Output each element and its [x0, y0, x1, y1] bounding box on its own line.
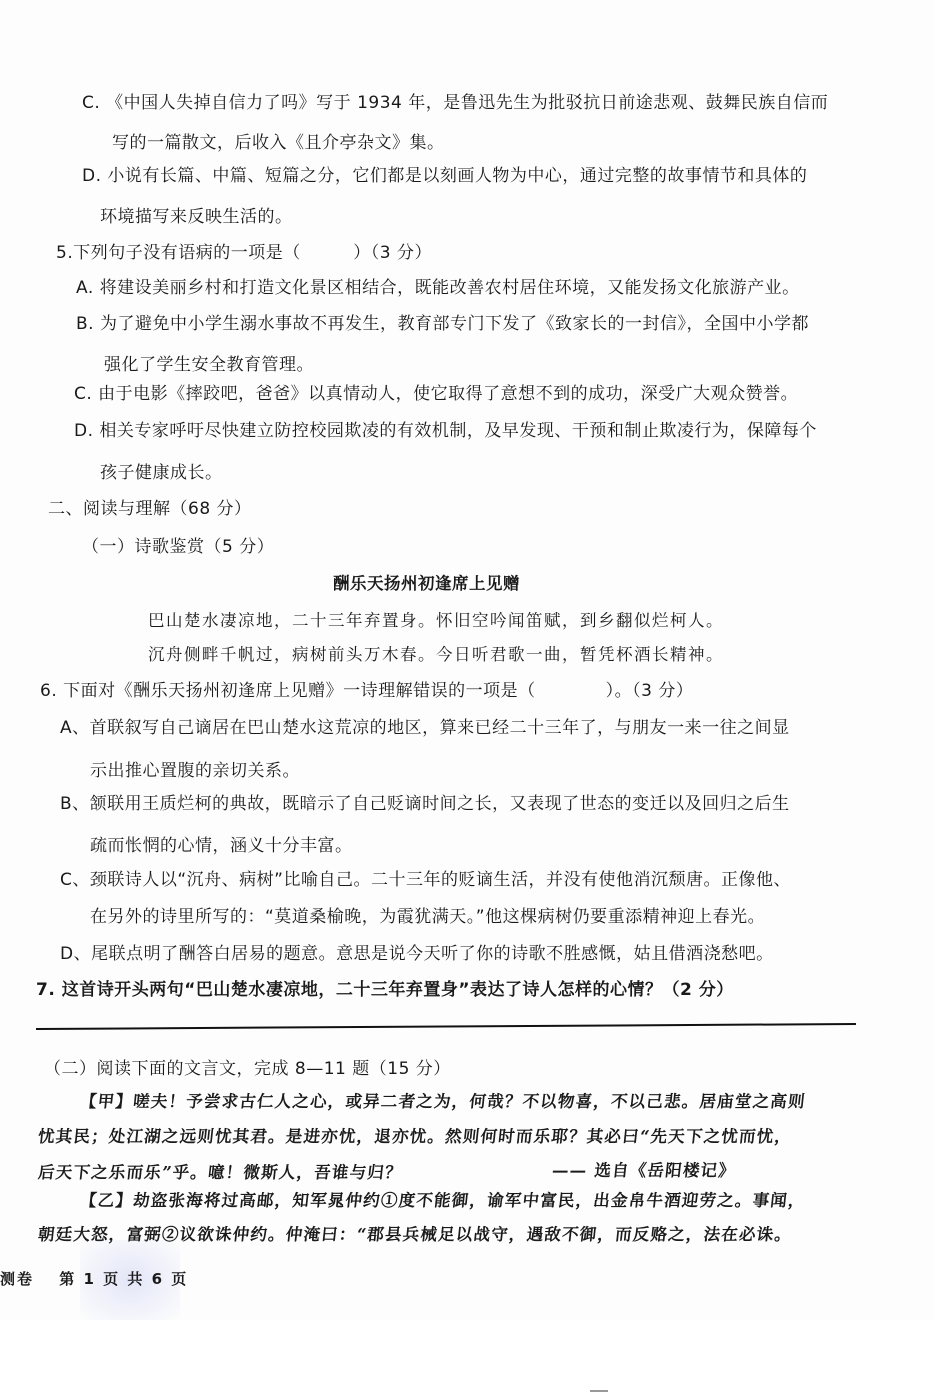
q7-answer-line[interactable] [36, 1023, 856, 1030]
q7-stem: 7. 这首诗开头两句“巴山楚水凄凉地，二十三年弃置身”表达了诗人怎样的心情？（2… [36, 979, 734, 1001]
q4-option-d-line2: 环境描写来反映生活的。 [100, 206, 293, 228]
exam-page: C. 《中国人失掉自信力了吗》写于 1934 年，是鲁迅先生为批驳抗日前途悲观、… [0, 0, 934, 1320]
q5-option-c: C. 由于电影《摔跤吧，爸爸》以真情动人，使它取得了意想不到的成功，深受广大观众… [74, 383, 798, 405]
q6-option-d: D、尾联点明了酬答白居易的题意。意思是说今天听了你的诗歌不胜感慨，姑且借酒浇愁吧… [60, 943, 774, 965]
q4-option-c-line1: C. 《中国人失掉自信力了吗》写于 1934 年，是鲁迅先生为批驳抗日前途悲观、… [82, 92, 828, 114]
section2-sub2-heading: （二）阅读下面的文言文，完成 8—11 题（15 分） [44, 1058, 451, 1080]
q5-option-b-line1: B. 为了避免中小学生溺水事故不再发生，教育部专门下发了《致家长的一封信》，全国… [76, 313, 809, 335]
q6-option-a-line1: A、首联叙写自己谪居在巴山楚水这荒凉的地区，算来已经二十三年了，与朋友一来一往之… [60, 717, 790, 739]
footer-label: 测卷 [0, 1270, 34, 1288]
passage-jia-line2: 忧其民；处江湖之远则忧其君。是进亦忧，退亦忧。然则何时而乐耶？其必曰“先天下之忧… [37, 1126, 793, 1148]
page-footer: 测卷 第 1 页 共 6 页 [0, 1268, 206, 1289]
poem-line-2: 沉舟侧畔千帆过，病树前头万木春。今日听君歌一曲，暂凭杯酒长精神。 [148, 644, 724, 666]
q6-option-a-line2: 示出推心置腹的亲切关系。 [90, 760, 300, 782]
q6-option-c-line2: 在另外的诗里所写的：“莫道桑榆晚，为霞犹满天。”他这棵病树仍要重添精神迎上春光。 [90, 906, 765, 928]
passage-jia-line3: 后天下之乐而乐”乎。噫！微斯人，吾谁与归？ [37, 1162, 404, 1184]
q5-option-b-line2: 强化了学生安全教育管理。 [104, 354, 314, 376]
page-number: 第 1 页 共 6 页 [59, 1270, 188, 1288]
passage-yi-line1: 【乙】劫盗张海将过高邮，知军晁仲约①度不能御，谕军中富民，出金帛牛酒迎劳之。事闻… [79, 1190, 807, 1212]
q6-option-b-line2: 疏而怅惘的心情，涵义十分丰富。 [90, 835, 353, 857]
q5-option-d-line2: 孩子健康成长。 [100, 462, 223, 484]
q6-option-c-line1: C、颈联诗人以“沉舟、病树”比喻自己。二十三年的贬谪生活，并没有使他消沉颓唐。正… [60, 869, 791, 891]
q5-stem: 5.下列句子没有语病的一项是（ ）（3 分） [56, 242, 432, 264]
passage-jia-line1: 【甲】嗟夫！予尝求古仁人之心，或异二者之为，何哉？不以物喜，不以己悲。居庙堂之高… [79, 1091, 807, 1113]
poem-line-1: 巴山楚水凄凉地，二十三年弃置身。怀旧空吟闻笛赋，到乡翻似烂柯人。 [148, 610, 724, 632]
passage-jia-source: —— 选自《岳阳楼记》 [551, 1160, 737, 1182]
bottom-mark [590, 1390, 608, 1392]
q5-option-a: A. 将建设美丽乡村和打造文化景区相结合，既能改善农村居住环境，又能发扬文化旅游… [76, 277, 800, 299]
q6-stem: 6. 下面对《酬乐天扬州初逢席上见赠》一诗理解错误的一项是（ ）。（3 分） [40, 680, 693, 702]
q4-option-d-line1: D. 小说有长篇、中篇、短篇之分，它们都是以刻画人物为中心，通过完整的故事情节和… [82, 165, 807, 187]
section2-sub1-heading: （一）诗歌鉴赏（5 分） [82, 536, 274, 558]
poem-title: 酬乐天扬州初逢席上见赠 [333, 573, 520, 595]
q5-option-d-line1: D. 相关专家呼吁尽快建立防控校园欺凌的有效机制，及早发现、干预和制止欺凌行为，… [74, 420, 817, 442]
q4-option-c-line2: 写的一篇散文，后收入《且介亭杂文》集。 [112, 132, 445, 154]
section2-heading: 二、阅读与理解（68 分） [48, 498, 252, 520]
q6-option-b-line1: B、颔联用王质烂柯的典故，既暗示了自己贬谪时间之长，又表现了世态的变迁以及回归之… [60, 793, 790, 815]
